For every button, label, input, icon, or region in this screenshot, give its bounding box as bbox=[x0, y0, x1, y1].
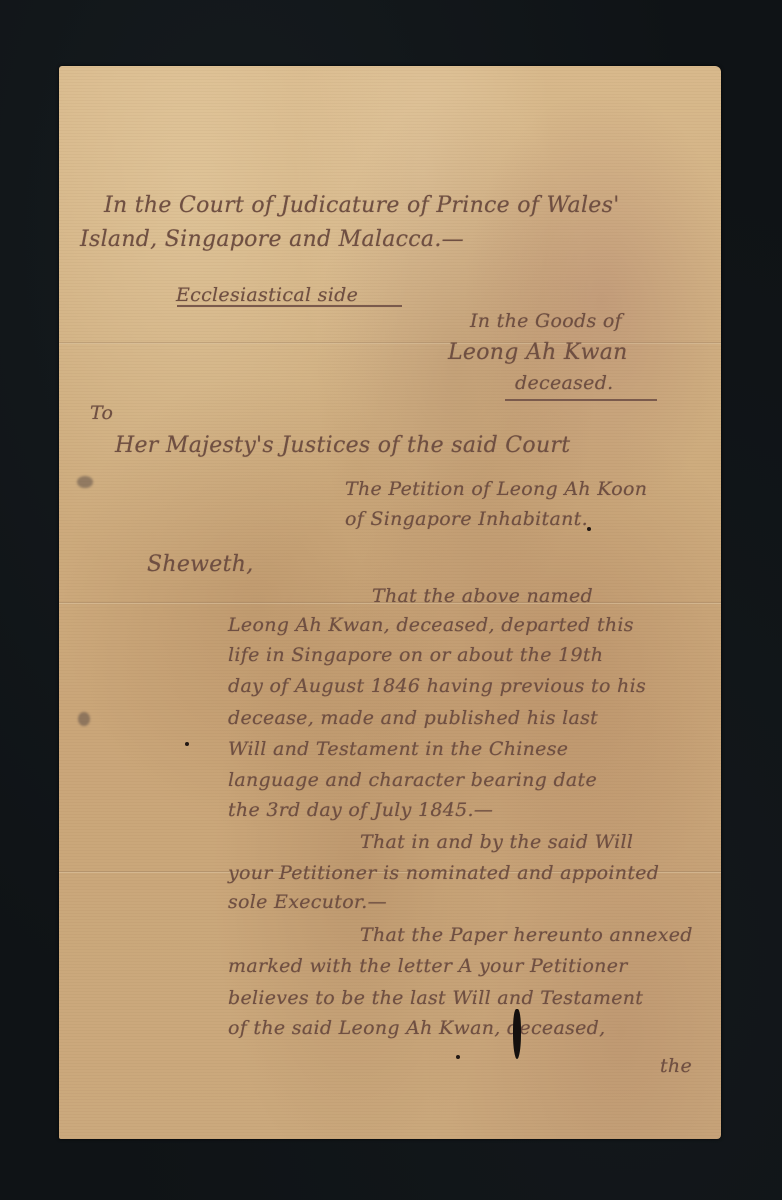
section-underline bbox=[177, 305, 402, 307]
case-title-line-1: In the Goods of bbox=[470, 310, 622, 332]
paragraph-line: day of August 1846 having previous to hi… bbox=[228, 675, 646, 697]
ink-dot bbox=[456, 1055, 460, 1059]
paragraph-line: marked with the letter A your Petitioner bbox=[228, 955, 628, 977]
case-title-line-3: deceased. bbox=[515, 372, 614, 394]
body-opening: Sheweth, bbox=[147, 552, 254, 577]
paragraph-line: decease, made and published his last bbox=[228, 707, 598, 729]
paragraph-line: That in and by the said Will bbox=[360, 831, 633, 853]
court-heading-line-2: Island, Singapore and Malacca.— bbox=[80, 227, 464, 252]
paragraph-line: the 3rd day of July 1845.— bbox=[228, 799, 493, 821]
paragraph-line: of the said Leong Ah Kwan, deceased, bbox=[228, 1017, 605, 1039]
paragraph-line: your Petitioner is nominated and appoint… bbox=[228, 862, 659, 884]
paragraph-line: sole Executor.— bbox=[228, 891, 387, 913]
catchword: the bbox=[660, 1055, 692, 1077]
ink-smudge bbox=[77, 476, 93, 488]
paragraph-line: language and character bearing date bbox=[228, 769, 597, 791]
petitioner-line-1: The Petition of Leong Ah Koon bbox=[345, 478, 647, 500]
section-label: Ecclesiastical side bbox=[176, 284, 358, 306]
paragraph-line: That the above named bbox=[372, 585, 593, 607]
ink-dot bbox=[185, 742, 189, 746]
paragraph-line: Leong Ah Kwan, deceased, departed this bbox=[228, 614, 634, 636]
paragraph-line: life in Singapore on or about the 19th bbox=[228, 644, 603, 666]
address-recipient: Her Majesty's Justices of the said Court bbox=[115, 433, 570, 458]
ink-dot bbox=[587, 527, 591, 531]
ink-blot bbox=[513, 1009, 521, 1059]
ink-smudge bbox=[78, 712, 90, 726]
paragraph-line: Will and Testament in the Chinese bbox=[228, 738, 568, 760]
case-title-underline bbox=[505, 399, 657, 401]
paragraph-line: That the Paper hereunto annexed bbox=[360, 924, 693, 946]
petitioner-line-2: of Singapore Inhabitant. bbox=[345, 508, 588, 530]
address-to: To bbox=[90, 402, 113, 424]
case-title-deceased-name: Leong Ah Kwan bbox=[448, 340, 628, 365]
paragraph-line: believes to be the last Will and Testame… bbox=[228, 987, 643, 1009]
court-heading-line-1: In the Court of Judicature of Prince of … bbox=[104, 193, 620, 218]
